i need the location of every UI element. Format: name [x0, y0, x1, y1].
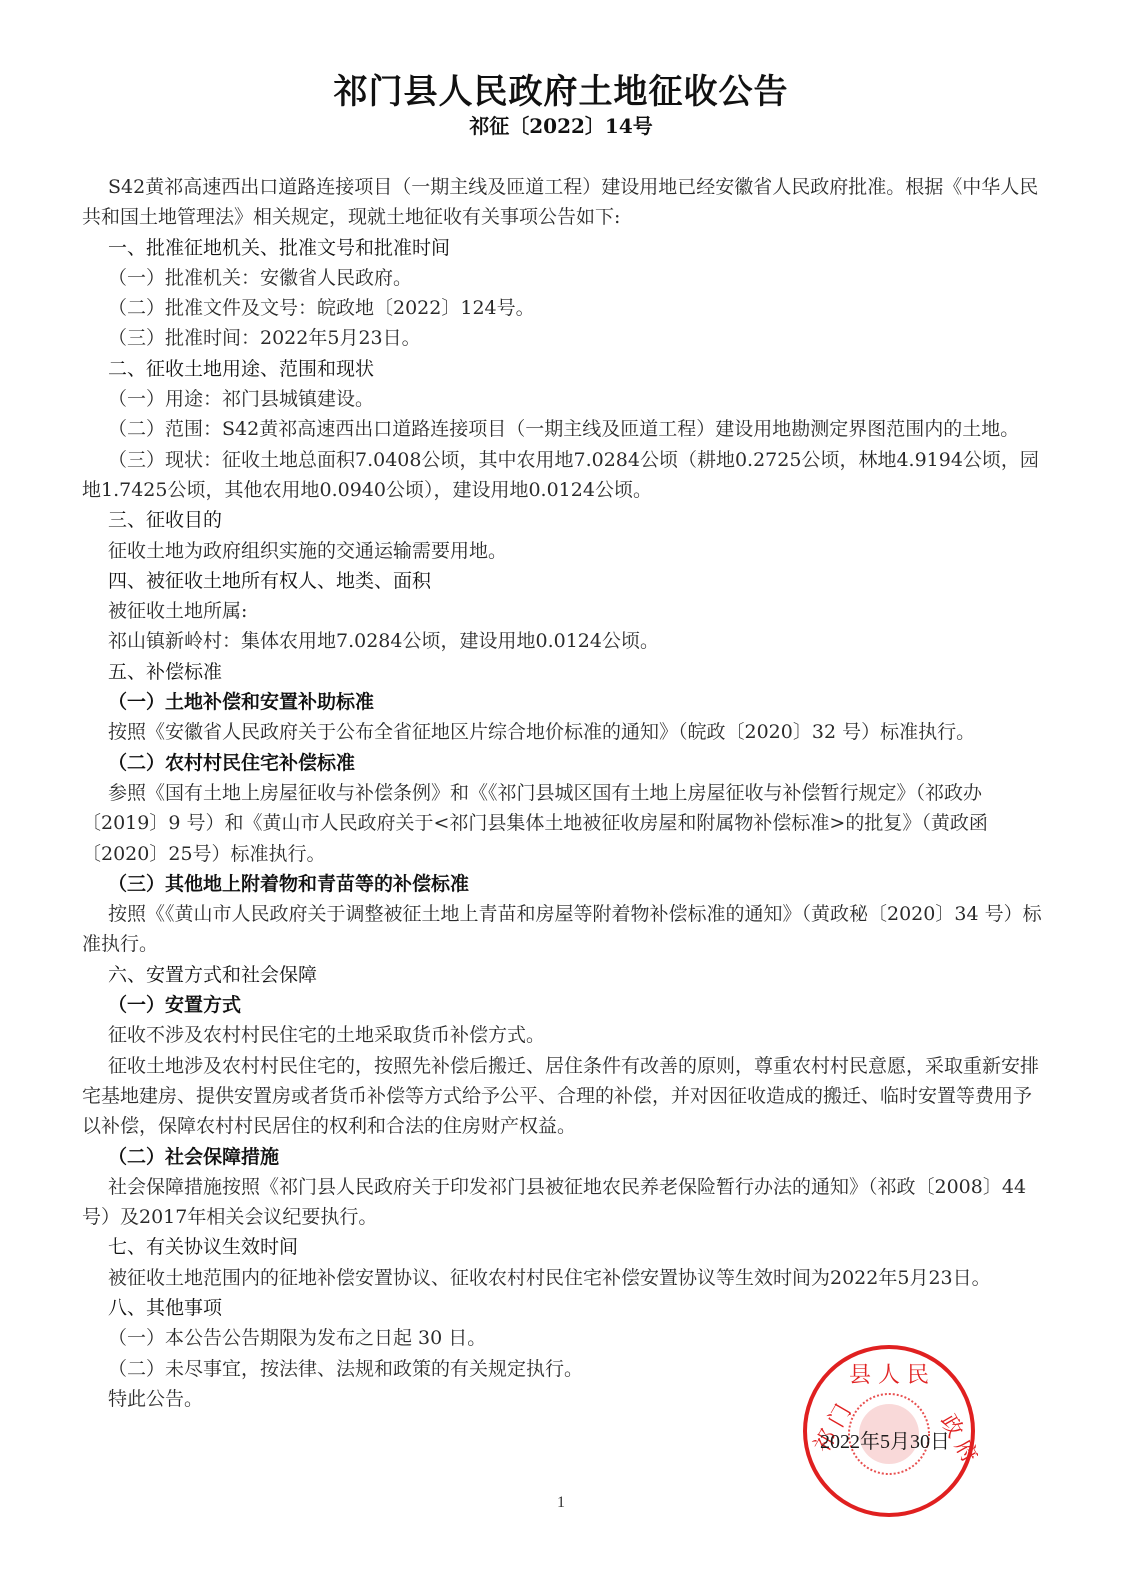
page-title: 祁门县人民政府土地征收公告 — [0, 64, 1122, 113]
section-heading-8: 八、其他事项 — [82, 1293, 1042, 1323]
section-heading-3: 三、征收目的 — [82, 505, 1042, 535]
section-6-sub-1-text-2: 征收土地涉及农村村民住宅的，按照先补偿后搬迁、居住条件有改善的原则，尊重农村村民… — [82, 1051, 1042, 1142]
section-heading-4: 四、被征收土地所有权人、地类、面积 — [82, 566, 1042, 596]
section-2-item-3: （三）现状：征收土地总面积7.0408公顷，其中农用地7.0284公顷（耕地0.… — [82, 445, 1042, 506]
issue-date: 2022年5月30日 — [820, 1425, 950, 1454]
section-heading-2: 二、征收土地用途、范围和现状 — [82, 354, 1042, 384]
section-6-sub-2-text: 社会保障措施按照《祁门县人民政府关于印发祁门县被征地农民养老保险暂行办法的通知》… — [82, 1172, 1042, 1233]
section-7-item-1: 被征收土地范围内的征地补偿安置协议、征收农村村民住宅补偿安置协议等生效时间为20… — [82, 1263, 1042, 1293]
section-4-item-2: 祁山镇新岭村：集体农用地7.0284公顷，建设用地0.0124公顷。 — [82, 626, 1042, 656]
section-1-item-1: （一）批准机关：安徽省人民政府。 — [82, 263, 1042, 293]
document-number: 祁征〔2022〕14号 — [0, 110, 1122, 139]
page-number: 1 — [0, 1494, 1122, 1512]
svg-text:县 人 民: 县 人 民 — [849, 1363, 929, 1388]
section-heading-5: 五、补偿标准 — [82, 657, 1042, 687]
section-heading-7: 七、有关协议生效时间 — [82, 1232, 1042, 1262]
document-body: S42黄祁高速西出口道路连接项目（一期主线及匝道工程）建设用地已经安徽省人民政府… — [82, 172, 1042, 1414]
section-6-sub-2-heading: （二）社会保障措施 — [82, 1142, 1042, 1172]
section-3-item-1: 征收土地为政府组织实施的交通运输需要用地。 — [82, 536, 1042, 566]
section-5-sub-1-heading: （一）土地补偿和安置补助标准 — [82, 687, 1042, 717]
section-6-sub-1-heading: （一）安置方式 — [82, 990, 1042, 1020]
section-4-item-1: 被征收土地所属: — [82, 596, 1042, 626]
section-heading-6: 六、安置方式和社会保障 — [82, 960, 1042, 990]
section-5-sub-2-text: 参照《国有土地上房屋征收与补偿条例》和《《祁门县城区国有土地上房屋征收与补偿暂行… — [82, 778, 1042, 869]
section-2-item-2: （二）范围：S42黄祁高速西出口道路连接项目（一期主线及匝道工程）建设用地勘测定… — [82, 414, 1042, 444]
section-5-sub-2-heading: （二）农村村民住宅补偿标准 — [82, 748, 1042, 778]
document-page: 祁门县人民政府土地征收公告 祁征〔2022〕14号 S42黄祁高速西出口道路连接… — [0, 0, 1122, 1587]
section-2-item-1: （一）用途：祁门县城镇建设。 — [82, 384, 1042, 414]
intro-paragraph: S42黄祁高速西出口道路连接项目（一期主线及匝道工程）建设用地已经安徽省人民政府… — [82, 172, 1042, 233]
section-5-sub-3-text: 按照《《黄山市人民政府关于调整被征土地上青苗和房屋等附着物补偿标准的通知》（黄政… — [82, 899, 1042, 960]
section-1-item-2: （二）批准文件及文号：皖政地〔2022〕124号。 — [82, 293, 1042, 323]
section-1-item-3: （三）批准时间：2022年5月23日。 — [82, 323, 1042, 353]
section-6-sub-1-text: 征收不涉及农村村民住宅的土地采取货币补偿方式。 — [82, 1020, 1042, 1050]
section-heading-1: 一、批准征地机关、批准文号和批准时间 — [82, 233, 1042, 263]
section-5-sub-1-text: 按照《安徽省人民政府关于公布全省征地区片综合地价标准的通知》（皖政〔2020〕3… — [82, 717, 1042, 747]
section-5-sub-3-heading: （三）其他地上附着物和青苗等的补偿标准 — [82, 869, 1042, 899]
